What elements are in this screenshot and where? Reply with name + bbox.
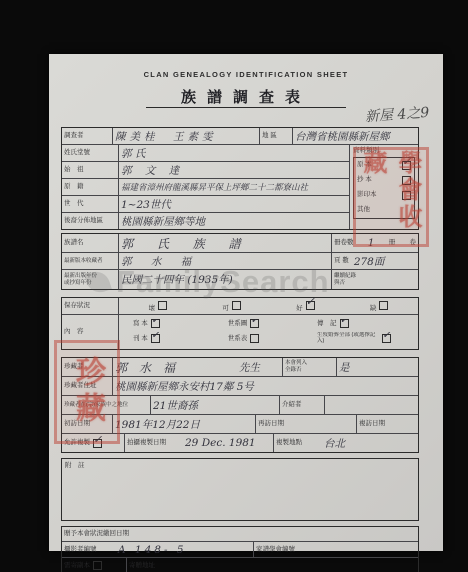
original-copy-checkbox (402, 161, 411, 170)
block-remarks: 附 註 (61, 458, 419, 521)
content-option: 寫 本 (119, 319, 226, 328)
block-keeper-info: 珍藏者 郭 水 福 先生 本會列入 全錄否 是 珍藏者住址 桃園縣新屋鄉永安村1… (61, 357, 419, 453)
block-genealogy-title: 族譜名 郭 氏 族 譜 冊卷數 1 冊 卷 最新版本收藏者 郭 水 福 頁 數 … (61, 233, 419, 290)
keeper-label: 珍藏者 (64, 363, 84, 371)
year-value: 民國二十四年 (1935年) (121, 272, 233, 287)
title-label: 族譜名 (64, 239, 84, 247)
original-copy-label: 原 本 (357, 161, 372, 169)
copy-place-label: 複製地點 (276, 439, 302, 447)
surveyor-value: 陳美桂 王素雯 (115, 129, 217, 144)
surname-label: 姓氏堂號 (64, 149, 90, 157)
first-visit-label: 初訪日期 (64, 420, 90, 428)
pencil-note: 新屋 4之9 (364, 102, 430, 126)
generations-label: 世 代 (64, 200, 84, 208)
continue-label-line1: 繼續紀錄 (334, 273, 356, 280)
pedigree-table-label: 世系表 (228, 335, 248, 343)
content-label: 內 容 (64, 328, 84, 336)
ancestor-label: 始 祖 (64, 166, 84, 174)
volumes-unit-ce: 冊 (389, 239, 396, 247)
region-value: 台灣省桃園縣新屋鄉 (295, 129, 390, 144)
photocopy-label: 影印本 (357, 191, 377, 199)
pedigree-table-checkbox (250, 334, 259, 343)
listed-label-line1: 本會列入 (285, 360, 307, 367)
descendants-label: 後裔分佈地區 (64, 217, 103, 225)
category-option: 影印本 (354, 188, 414, 203)
manuscript-label: 寫 本 (133, 320, 148, 328)
photocopy-checkbox (402, 191, 411, 200)
condition-bad-checkbox (158, 301, 167, 310)
scanned-paper: CLAN GENEALOGY IDENTIFICATION SHEET 族譜調查… (49, 54, 443, 551)
photographer-id-value: A 148- 5 (118, 544, 187, 556)
copy-request-checkbox (93, 561, 102, 570)
category-header: 資料類別 (350, 145, 418, 155)
category-option: 抄 本 (354, 173, 414, 188)
pages-value: 278面 (354, 254, 385, 269)
position-label: 珍藏者在(宗)家族中之地位 (64, 402, 128, 409)
permission-checkbox (93, 439, 102, 448)
printed-edition-label: 刊 本 (133, 335, 148, 343)
introducer-label: 介紹者 (282, 401, 302, 409)
condition-bad-label: 壞 (149, 305, 156, 312)
origin-value: 福建省漳州府龍溪縣昇平保上坪鄉二十二都寮山社 (121, 181, 308, 193)
title-value: 郭 氏 族 譜 (121, 235, 250, 252)
other-category-label: 其他 (357, 206, 370, 214)
content-option: 生歿婚葬全部 (或選擇記入) (315, 332, 418, 345)
condition-missing-label: 缺 (370, 305, 377, 312)
ancestor-value: 郭 文 達 (121, 163, 184, 178)
photographer-id-label: 攝影者編號 (64, 546, 97, 554)
form-body: 調查者 陳美桂 王素雯 地 區 台灣省桃園縣新屋鄉 姓氏堂號 郭 氏 始 祖 郭… (61, 127, 419, 572)
pedigree-chart-label: 世系圖 (228, 320, 248, 328)
revisit-label: 複訪日期 (359, 420, 385, 428)
address-value: 桃園縣新屋鄉永安村17鄰 5号 (115, 379, 254, 394)
region-label: 地 區 (262, 132, 277, 140)
listed-label-line2: 全錄否 (285, 367, 302, 374)
content-option: 刊 本 (119, 332, 226, 345)
society-id-label: 家譜學會編號 (256, 546, 295, 554)
content-option: 世系表 (226, 332, 315, 345)
content-option: 傳 記 (315, 319, 418, 328)
origin-label: 原 籍 (64, 183, 84, 191)
surveyor-label: 調查者 (64, 132, 84, 140)
title-underline (146, 107, 346, 108)
category-option: 其他 (354, 203, 414, 218)
volumes-label: 冊卷數 (334, 239, 354, 247)
second-visit-label: 再訪日期 (258, 420, 284, 428)
permission-label: 允許複製 (64, 439, 90, 447)
copy-request-label: 需寄副本 (64, 562, 90, 570)
descendants-value: 桃園縣新屋鄉等地 (121, 214, 205, 229)
holder-value: 郭 水 福 (121, 254, 199, 269)
year-label-line1: 最新出版年份 (64, 273, 97, 280)
biography-checkbox (340, 319, 349, 328)
first-visit-value: 1981年12月22日 (115, 417, 200, 432)
donate-label: 贈予本會狀況繳回日期 (64, 530, 129, 538)
category-option: 原 本 (354, 158, 414, 173)
scanned-genealogy-form: { "page": { "english_title": "CLAN GENEA… (0, 0, 468, 572)
remarks-label: 附 註 (65, 462, 85, 470)
english-title: CLAN GENEALOGY IDENTIFICATION SHEET (49, 70, 443, 79)
printed-edition-checkbox (151, 334, 160, 343)
vital-events-checkbox (382, 334, 391, 343)
send-address-label: 寄贈地址 (129, 562, 155, 570)
keeper-suffix: 先生 (239, 360, 260, 375)
condition-label: 保存狀況 (64, 302, 90, 310)
condition-missing-checkbox (379, 301, 388, 310)
listed-value: 是 (339, 360, 350, 375)
copy-place-value: 台北 (324, 436, 345, 451)
block-basic-info: 調查者 陳美桂 王素雯 地 區 台灣省桃園縣新屋鄉 姓氏堂號 郭 氏 始 祖 郭… (61, 127, 419, 230)
year-label-line2: 或抄寫年份 (64, 280, 92, 287)
category-options-box: 原 本 抄 本 影印本 其他 (353, 157, 415, 219)
condition-fair-checkbox (232, 301, 241, 310)
position-value: 21世裔孫 (153, 398, 198, 413)
pages-label: 頁 數 (334, 257, 349, 265)
address-label: 珍藏者住址 (64, 382, 97, 390)
transcript-copy-checkbox (402, 176, 411, 185)
condition-option: 缺 (370, 298, 389, 314)
condition-fair-label: 可 (222, 305, 229, 312)
copy-date-label: 拍攝複製日期 (127, 439, 166, 447)
manuscript-checkbox (151, 319, 160, 328)
continue-label-line2: 與否 (334, 280, 345, 287)
block-condition-content: 保存狀況 壞 可 好 缺 內 容 寫 本 世系圖 傳 記 刊 (61, 297, 419, 350)
condition-good-checkbox (306, 301, 315, 310)
content-option: 世系圖 (226, 319, 315, 328)
vital-events-label: 生歿婚葬全部 (或選擇記入) (317, 332, 379, 345)
keeper-value: 郭 水 福 (115, 359, 175, 376)
condition-good-label: 好 (296, 305, 303, 312)
condition-option: 好 (296, 298, 315, 314)
condition-option: 壞 (149, 298, 168, 314)
generations-value: 1~23世代 (121, 197, 171, 212)
pedigree-chart-checkbox (250, 319, 259, 328)
condition-option: 可 (222, 298, 241, 314)
biography-label: 傳 記 (317, 320, 337, 328)
block-office-use: 贈予本會狀況繳回日期 攝影者編號 A 148- 5 家譜學會編號 需寄副本 寄贈… (61, 526, 419, 572)
volumes-value: 1 (368, 237, 375, 249)
holder-label: 最新版本收藏者 (64, 258, 103, 265)
copy-date-value: 29 Dec. 1981 (185, 437, 256, 449)
surname-value: 郭 氏 (121, 146, 145, 161)
transcript-copy-label: 抄 本 (357, 176, 372, 184)
volumes-unit-juan: 卷 (409, 239, 416, 247)
